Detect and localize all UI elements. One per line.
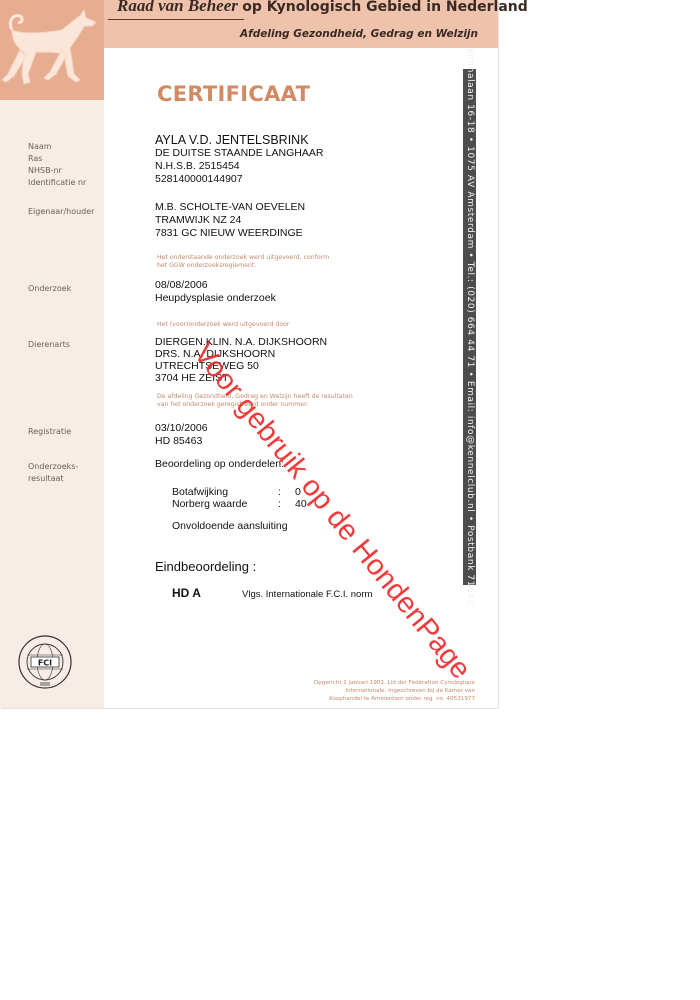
result-remark: Onvoldoende aansluiting	[172, 520, 288, 532]
registration-date: 03/10/2006	[155, 422, 208, 434]
certificate-title: CERTIFICAAT	[157, 82, 310, 106]
department-name: Afdeling Gezondheid, Gedrag en Welzijn	[240, 28, 478, 40]
dog-id: 528140000144907	[155, 173, 243, 185]
label-registratie: Registratie	[28, 426, 71, 438]
label-nhsb: NHSB-nr	[28, 165, 62, 177]
exam-date: 08/08/2006	[155, 279, 208, 291]
dog-name: AYLA V.D. JENTELSBRINK	[155, 134, 309, 146]
label-dierenarts: Dierenarts	[28, 339, 70, 351]
label-resultaat: Onderzoeks- resultaat	[28, 461, 78, 485]
organization-name: Raad van Beheer op Kynologisch Gebied in…	[117, 0, 528, 16]
results-heading: Beoordeling op onderdelen:	[155, 458, 284, 470]
label-sidebar	[0, 100, 104, 708]
dog-logo-icon	[0, 0, 104, 100]
label-identificatie: Identificatie nr	[28, 177, 86, 189]
contact-bar: Emmalaan 16-18 • 1075 AV Amsterdam • Tel…	[463, 69, 476, 585]
exam-type: Heupdysplasie onderzoek	[155, 292, 276, 304]
label-onderzoek: Onderzoek	[28, 283, 71, 295]
owner-street: TRAMWIJK NZ 24	[155, 214, 241, 226]
dog-breed: DE DUITSE STAANDE LANGHAAR	[155, 147, 323, 159]
label-naam: Naam	[28, 141, 52, 153]
fci-logo-icon: FCI	[17, 634, 73, 690]
exam-note: Het onderstaande onderzoek werd uitgevoe…	[157, 254, 329, 270]
svg-text:FCI: FCI	[38, 659, 52, 668]
final-grade: HD A	[172, 587, 201, 599]
certificate-document: Raad van Beheer op Kynologisch Gebied in…	[0, 0, 498, 708]
owner-name: M.B. SCHOLTE-VAN OEVELEN	[155, 201, 305, 213]
final-heading: Eindbeoordeling :	[155, 561, 256, 573]
watermark: Voor gebruik op de HondenPage	[186, 338, 476, 686]
vet-clinic: DIERGEN.KLIN. N.A. DIJKSHOORN	[155, 336, 327, 348]
label-ras: Ras	[28, 153, 42, 165]
label-eigenaar: Eigenaar/houder	[28, 206, 94, 218]
vet-note: Het (voor)onderzoek werd uitgevoerd door	[157, 321, 289, 329]
owner-city: 7831 GC NIEUW WEERDINGE	[155, 227, 303, 239]
dog-nhsb: N.H.S.B. 2515454	[155, 160, 240, 172]
final-norm: Vlgs. Internationale F.C.I. norm	[242, 589, 372, 601]
header-rule	[108, 19, 244, 20]
registration-number: HD 85463	[155, 435, 202, 447]
